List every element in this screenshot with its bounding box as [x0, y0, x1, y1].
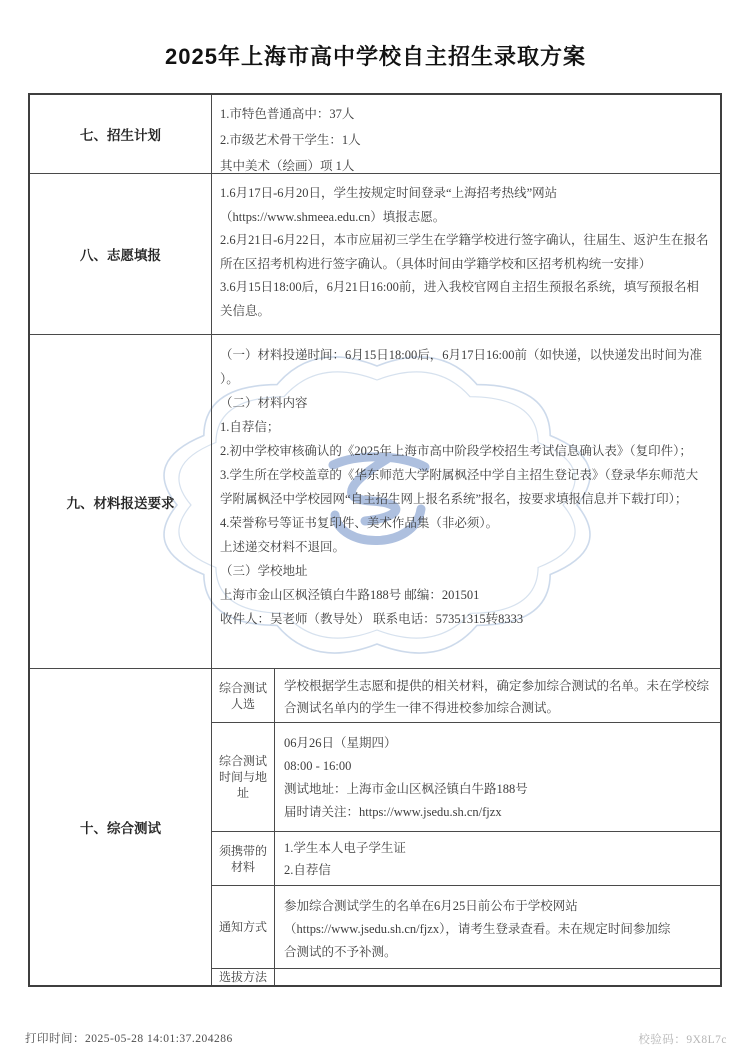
cell-material-submission-content: （一）材料投递时间：6月15日18:00后，6月17日16:00前（如快递，以快… [212, 335, 720, 668]
subrow-test-time-location: 综合测试时间与地址 06月26日（星期四）08:00 - 16:00测试地址：上… [212, 723, 720, 832]
print-time: 打印时间：2025-05-28 14:01:37.204286 [25, 1030, 233, 1046]
cell-required-materials-content: 1.学生本人电子学生证2.自荐信 [275, 832, 720, 885]
cell-notification-method-content: 参加综合测试学生的名单在6月25日前公布于学校网站（https://www.js… [275, 886, 720, 968]
table-row-application-filing: 八、志愿填报 1.6月17日-6月20日，学生按规定时间登录“上海招考热线”网站… [30, 174, 720, 335]
sublabel-notification-method: 通知方式 [212, 886, 275, 968]
cell-test-time-location-content: 06月26日（星期四）08:00 - 16:00测试地址：上海市金山区枫泾镇白牛… [275, 723, 720, 831]
checksum: 校验码：9X8L7c [638, 1031, 727, 1047]
admission-plan-table: 七、招生计划 1.市特色普通高中：37人2.市级艺术骨干学生：1人其中美术（绘画… [28, 93, 722, 987]
subrow-test-candidates: 综合测试人选 学校根据学生志愿和提供的相关材料，确定参加综合测试的名单。未在学校… [212, 669, 720, 723]
cell-application-filing-content: 1.6月17日-6月20日，学生按规定时间登录“上海招考热线”网站（https:… [212, 174, 720, 334]
sublabel-required-materials: 须携带的材料 [212, 832, 275, 885]
cell-test-candidates-content: 学校根据学生志愿和提供的相关材料，确定参加综合测试的名单。未在学校综合测试名单内… [275, 669, 720, 722]
row-label-enrollment-plan: 七、招生计划 [30, 95, 212, 173]
row-label-material-submission: 九、材料报送要求 [30, 335, 212, 668]
subrow-notification-method: 通知方式 参加综合测试学生的名单在6月25日前公布于学校网站（https://w… [212, 886, 720, 969]
checksum-label: 校验码： [638, 1034, 686, 1046]
cell-selection-method-content [275, 969, 720, 985]
print-time-value: 2025-05-28 14:01:37.204286 [85, 1033, 233, 1045]
table-row-material-submission: 九、材料报送要求 （一）材料投递时间：6月15日18:00后，6月17日16:0… [30, 335, 720, 669]
subrow-required-materials: 须携带的材料 1.学生本人电子学生证2.自荐信 [212, 832, 720, 886]
comprehensive-test-subtable: 综合测试人选 学校根据学生志愿和提供的相关材料，确定参加综合测试的名单。未在学校… [212, 669, 720, 985]
sublabel-test-time-location: 综合测试时间与地址 [212, 723, 275, 831]
row-label-comprehensive-test: 十、综合测试 [30, 669, 212, 985]
cell-enrollment-plan-content: 1.市特色普通高中：37人2.市级艺术骨干学生：1人其中美术（绘画）项 1人 [212, 95, 720, 173]
page-title: 2025年上海市高中学校自主招生录取方案 [0, 40, 751, 71]
table-row-comprehensive-test: 十、综合测试 综合测试人选 学校根据学生志愿和提供的相关材料，确定参加综合测试的… [30, 669, 720, 985]
sublabel-test-candidates: 综合测试人选 [212, 669, 275, 722]
table-row-enrollment-plan: 七、招生计划 1.市特色普通高中：37人2.市级艺术骨干学生：1人其中美术（绘画… [30, 95, 720, 174]
sublabel-selection-method: 选拔方法 [212, 969, 275, 985]
subrow-selection-method: 选拔方法 [212, 969, 720, 985]
print-time-label: 打印时间： [25, 1033, 85, 1045]
row-label-application-filing: 八、志愿填报 [30, 174, 212, 334]
checksum-value: 9X8L7c [686, 1034, 727, 1046]
